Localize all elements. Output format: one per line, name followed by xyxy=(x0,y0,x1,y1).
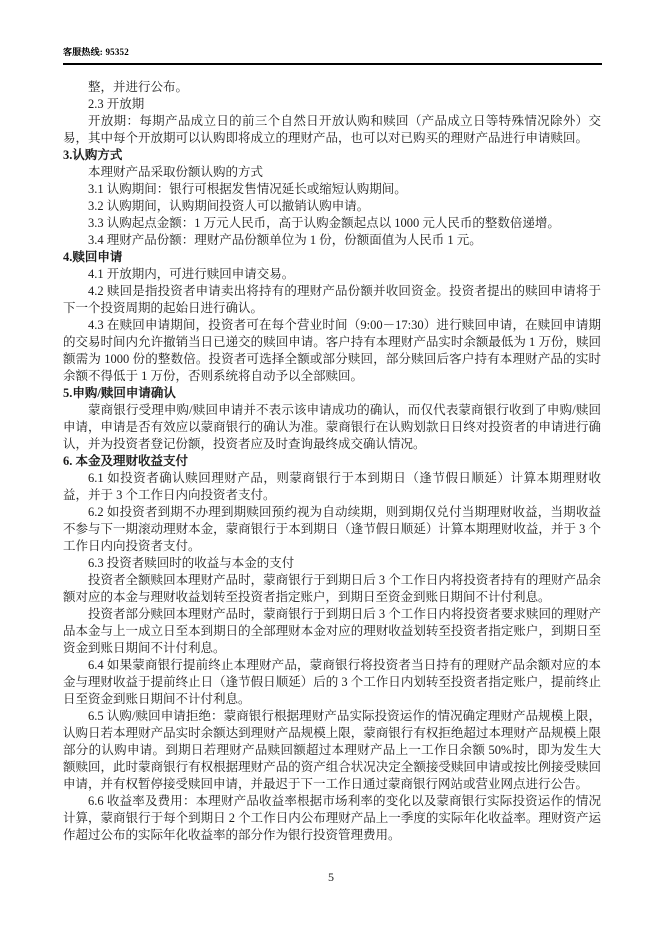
paragraph: 3.1 认购期间：银行可根据发售情况延长或缩短认购期间。 xyxy=(63,181,601,198)
paragraph: 3.3 认购起点金额：1 万元人民币，高于认购金额起点以 1000 元人民币的整… xyxy=(63,215,601,232)
page-header: 客服热线: 95352 xyxy=(63,42,602,65)
paragraph: 6.4 如果蒙商银行提前终止本理财产品，蒙商银行将投资者当日持有的理财产品余额对… xyxy=(63,657,601,708)
section-heading: 6. 本金及理财收益支付 xyxy=(63,453,601,470)
paragraph: 6.2 如投资者到期不办理到期赎回预约视为自动续期，则到期仅兑付当期理财收益，当… xyxy=(63,504,601,555)
paragraph: 本理财产品采取份额认购的方式 xyxy=(63,164,601,181)
section-heading: 3.认购方式 xyxy=(63,147,601,164)
document-body: 整，并进行公布。 2.3 开放期 开放期：每期产品成立日的前三个自然日开放认购和… xyxy=(63,79,601,844)
paragraph: 4.2 赎回是指投资者申请卖出将持有的理财产品份额并收回资金。投资者提出的赎回申… xyxy=(63,283,601,317)
paragraph: 开放期：每期产品成立日的前三个自然日开放认购和赎回（产品成立日等特殊情况除外）交… xyxy=(63,113,601,147)
paragraph: 整，并进行公布。 xyxy=(63,79,601,96)
paragraph: 6.3 投资者赎回时的收益与本金的支付 xyxy=(63,555,601,572)
paragraph: 3.2 认购期间，认购期间投资人可以撤销认购申请。 xyxy=(63,198,601,215)
hotline-label: 客服热线: 95352 xyxy=(63,47,129,57)
page-number: 5 xyxy=(328,870,334,884)
paragraph: 6.6 收益率及费用：本理财产品收益率根据市场利率的变化以及蒙商银行实际投资运作… xyxy=(63,793,601,844)
document-page: 客服热线: 95352 整，并进行公布。 2.3 开放期 开放期：每期产品成立日… xyxy=(0,0,662,936)
page-footer: 5 xyxy=(0,868,662,886)
section-heading: 4.赎回申请 xyxy=(63,249,601,266)
paragraph: 蒙商银行受理申购/赎回申请并不表示该申请成功的确认，而仅代表蒙商银行收到了申购/… xyxy=(63,402,601,453)
section-heading: 5.申购/赎回申请确认 xyxy=(63,385,601,402)
paragraph: 6.5 认购/赎回申请拒绝：蒙商银行根据理财产品实际投资运作的情况确定理财产品规… xyxy=(63,708,601,793)
paragraph: 6.1 如投资者确认赎回理财产品，则蒙商银行于本到期日（逢节假日顺延）计算本期理… xyxy=(63,470,601,504)
paragraph: 投资者全额赎回本理财产品时，蒙商银行于到期日后 3 个工作日内将投资者持有的理财… xyxy=(63,572,601,606)
paragraph: 3.4 理财产品份额：理财产品份额单位为 1 份，份额面值为人民币 1 元。 xyxy=(63,232,601,249)
paragraph: 4.1 开放期内，可进行赎回申请交易。 xyxy=(63,266,601,283)
paragraph: 投资者部分赎回本理财产品时，蒙商银行于到期日后 3 个工作日内将投资者要求赎回的… xyxy=(63,606,601,657)
paragraph: 2.3 开放期 xyxy=(63,96,601,113)
paragraph: 4.3 在赎回申请期间，投资者可在每个营业时间（9:00－17:30）进行赎回申… xyxy=(63,317,601,385)
